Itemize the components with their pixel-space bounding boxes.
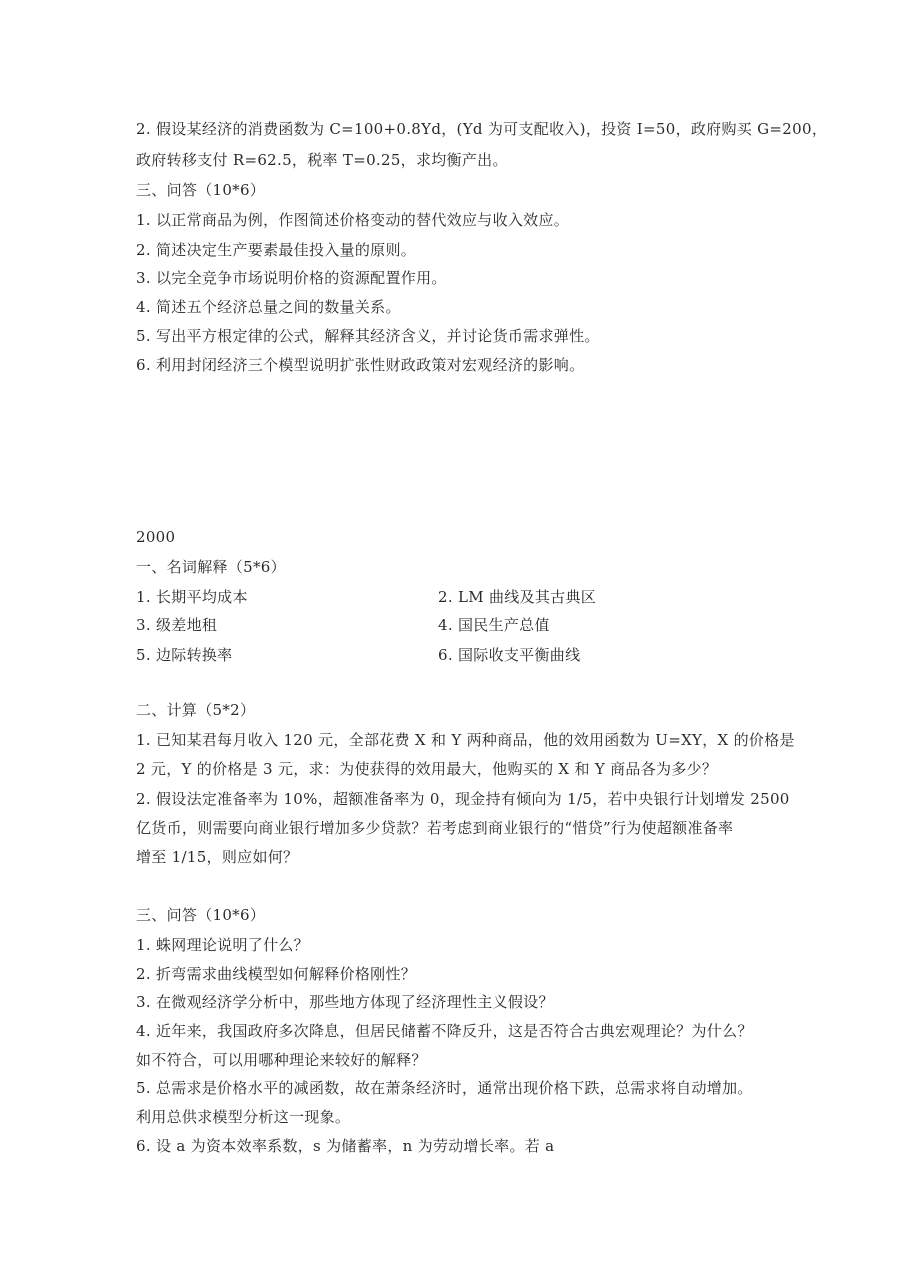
term-item-1: 1. 长期平均成本 [136,587,248,607]
calc-question-2-line-2: 政府转移支付 R=62.5，税率 T=0.25，求均衡产出。 [136,150,508,170]
term-item-5: 5. 边际转换率 [136,645,232,665]
term-item-2: 2. LM 曲线及其古典区 [438,587,596,607]
essay-line-5: 如不符合，可以用哪种理论来较好的解释？ [136,1050,427,1070]
essay-line-2: 2. 折弯需求曲线模型如何解释价格刚性？ [136,964,416,984]
essay-question-4: 4. 简述五个经济总量之间的数量关系。 [136,297,401,317]
essay-line-3: 3. 在微观经济学分析中，那些地方体现了经济理性主义假设？ [136,992,554,1012]
calc-question-2-line-1: 2. 假设某经济的消费函数为 C=100+0.8Yd，(Yd 为可支配收入)，投… [136,119,827,139]
calc-line-2: 2 元，Y 的价格是 3 元，求：为使获得的效用最大，他购买的 X 和 Y 商品… [136,759,717,779]
essay-line-6: 5. 总需求是价格水平的减函数，故在萧条经济时，通常出现价格下跌，总需求将自动增… [136,1078,753,1098]
section-heading-essay: 三、问答（10*6） [136,180,265,200]
calc-line-3: 2. 假设法定准备率为 10%，超额准备率为 0，现金持有倾向为 1/5，若中央… [136,789,790,809]
essay-question-6: 6. 利用封闭经济三个模型说明扩张性财政政策对宏观经济的影响。 [136,355,584,375]
calc-line-4: 亿货币，则需要向商业银行增加多少贷款？若考虑到商业银行的“惜贷”行为使超额准备率 [136,818,733,838]
essay-question-1: 1. 以正常商品为例，作图简述价格变动的替代效应与收入效应。 [136,210,569,230]
essay-line-7: 利用总供求模型分析这一现象。 [136,1107,350,1127]
essay-question-5: 5. 写出平方根定律的公式，解释其经济含义，并讨论货币需求弹性。 [136,326,600,346]
calc-line-5: 增至 1/15，则应如何？ [136,847,298,867]
essay-question-2: 2. 简述决定生产要素最佳投入量的原则。 [136,240,416,260]
essay-line-1: 1. 蛛网理论说明了什么？ [136,935,309,955]
essay-line-4: 4. 近年来，我国政府多次降息，但居民储蓄不降反升，这是否符合古典宏观理论？为什… [136,1021,753,1041]
essay-line-8: 6. 设 a 为资本效率系数，s 为储蓄率，n 为劳动增长率。若 a [136,1136,554,1156]
essay-question-3: 3. 以完全竞争市场说明价格的资源配置作用。 [136,268,447,288]
term-item-6: 6. 国际收支平衡曲线 [438,645,580,665]
section-heading-terms: 一、名词解释（5*6） [136,557,286,577]
calc-line-1: 1. 已知某君每月收入 120 元，全部花费 X 和 Y 两种商品，他的效用函数… [136,730,795,750]
exam-year-heading: 2000 [136,527,175,547]
term-item-4: 4. 国民生产总值 [438,615,550,635]
term-item-3: 3. 级差地租 [136,615,217,635]
section-heading-calculation: 二、计算（5*2） [136,700,255,720]
section-heading-essay-2000: 三、问答（10*6） [136,905,265,925]
